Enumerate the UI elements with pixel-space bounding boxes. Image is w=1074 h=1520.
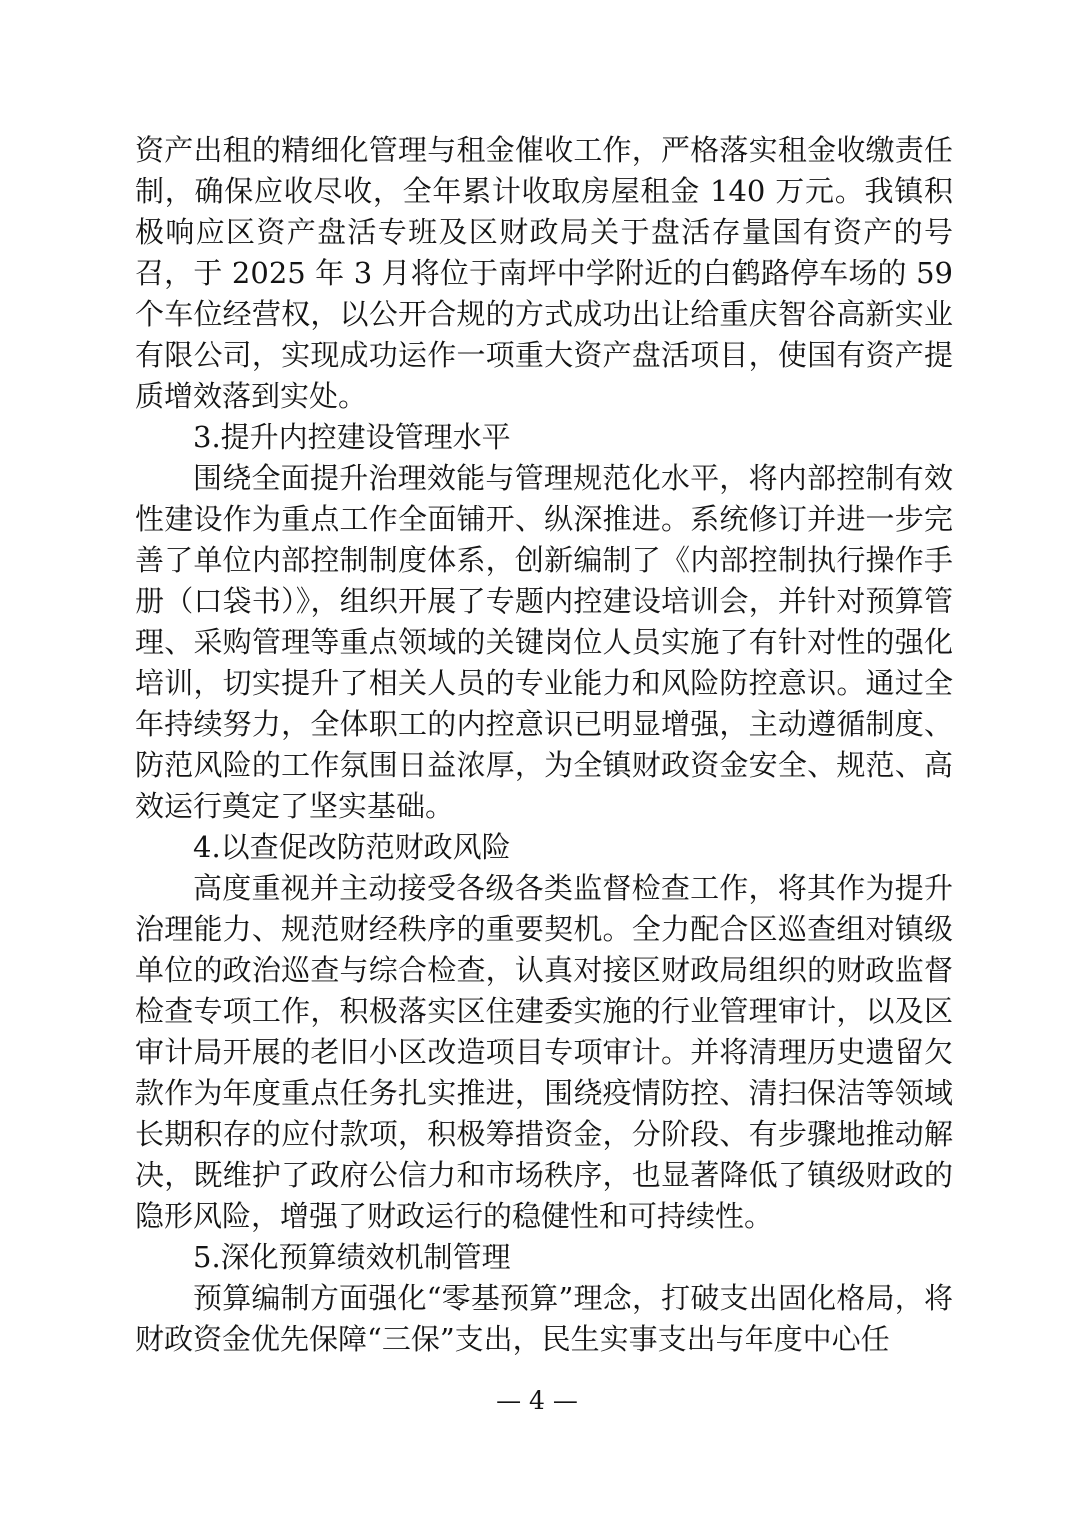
page-number: — 4 — xyxy=(0,1386,1074,1416)
document-page: 资产出租的精细化管理与租金催收工作，严格落实租金收缴责任制，确保应收尽收，全年累… xyxy=(0,0,1074,1520)
paragraph: 资产出租的精细化管理与租金催收工作，严格落实租金收缴责任制，确保应收尽收，全年累… xyxy=(135,130,953,417)
paragraph: 围绕全面提升治理效能与管理规范化水平，将内部控制有效性建设作为重点工作全面铺开、… xyxy=(135,458,953,827)
section-heading: 3.提升内控建设管理水平 xyxy=(135,417,953,458)
section-heading: 4.以查促改防范财政风险 xyxy=(135,827,953,868)
paragraph: 高度重视并主动接受各级各类监督检查工作，将其作为提升治理能力、规范财经秩序的重要… xyxy=(135,868,953,1237)
paragraph: 预算编制方面强化“零基预算”理念，打破支出固化格局，将财政资金优先保障“三保”支… xyxy=(135,1278,953,1360)
document-body: 资产出租的精细化管理与租金催收工作，严格落实租金收缴责任制，确保应收尽收，全年累… xyxy=(135,130,953,1360)
section-heading: 5.深化预算绩效机制管理 xyxy=(135,1237,953,1278)
